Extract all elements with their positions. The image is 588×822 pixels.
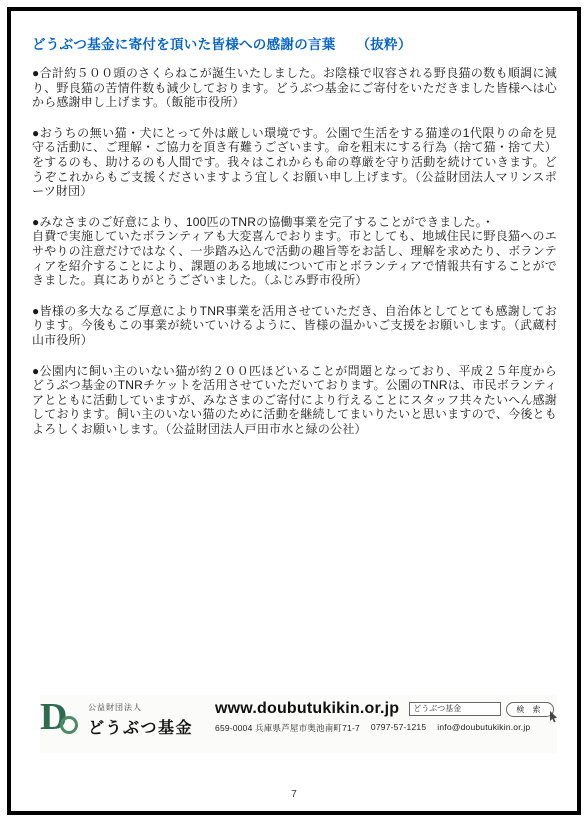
paragraph-toda: ●公園内に飼い主のいない猫が約２００匹ほどいることが問題となっており、平成２５年… [32, 364, 557, 437]
logo-ring-icon [60, 716, 78, 734]
paragraph-text: ●おうちの無い猫・犬にとって外は厳しい環境です。公園で生活をする猫達の1代限りの… [32, 126, 557, 198]
footer-address-row: 659-0004 兵庫県芦屋市奥池南町71-7 0797-57-1215 inf… [215, 722, 553, 734]
postal-address: 659-0004 兵庫県芦屋市奥池南町71-7 [215, 722, 360, 734]
paragraph-text: 自費で実施していたボランティアも大変喜んでおります。市としても、地域住民に野良猫… [32, 229, 557, 287]
paragraph-text: ●みなさまのご好意により、100匹のTNRの協働事業を完了することができました。… [32, 215, 494, 229]
mouse-cursor-icon [549, 711, 558, 723]
paragraph-musashimurayama: ●皆様の多大なるご厚意によりTNR事業を活用させていただき、自治体としてとても感… [32, 304, 557, 348]
paragraph-marine-sports: ●おうちの無い猫・犬にとって外は厳しい環境です。公園で生活をする猫達の1代限りの… [32, 126, 557, 199]
paragraph-text: ●合計約５００頭のさくらねこが誕生いたしました。お陰様で収容される野良猫の数も順… [32, 66, 557, 109]
paragraph-fujimino: ●みなさまのご好意により、100匹のTNRの協働事業を完了することができました。… [32, 215, 557, 288]
organization-footer: D 公益財団法人 どうぶつ基金 www.doubutukikin.or.jp ど… [40, 695, 557, 753]
footer-url-search-row: www.doubutukikin.or.jp どうぶつ基金 検 索 [215, 700, 553, 718]
website-url: www.doubutukikin.or.jp [215, 700, 399, 718]
paragraph-hanno: ●合計約５００頭のさくらねこが誕生いたしました。お陰様で収容される野良猫の数も順… [32, 66, 557, 110]
organization-name: どうぶつ基金 [88, 715, 193, 738]
organization-type: 公益財団法人 [88, 702, 193, 713]
search-button-label: 検 索 [516, 705, 543, 714]
footer-search-input[interactable]: どうぶつ基金 [409, 702, 501, 716]
document-page: どうぶつ基金に寄付を頂いた皆様への感謝の言葉 （抜粋） ●合計約５００頭のさくら… [7, 7, 581, 815]
phone-number: 0797-57-1215 [371, 722, 426, 734]
logo-mark-icon: D [40, 699, 82, 739]
footer-contact-block: www.doubutukikin.or.jp どうぶつ基金 検 索 659-00… [215, 695, 553, 734]
document-body: どうぶつ基金に寄付を頂いた皆様への感謝の言葉 （抜粋） ●合計約５００頭のさくら… [11, 11, 577, 436]
page-title: どうぶつ基金に寄付を頂いた皆様への感謝の言葉 （抜粋） [32, 37, 557, 53]
doubutsu-kikin-logo: D 公益財団法人 どうぶつ基金 [40, 695, 193, 739]
page-number: 7 [11, 789, 577, 800]
paragraph-text: ●皆様の多大なるご厚意によりTNR事業を活用させていただき、自治体としてとても感… [32, 304, 557, 347]
footer-search-button[interactable]: 検 索 [506, 702, 553, 717]
email-address: info@doubutukikin.or.jp [437, 722, 530, 734]
paragraph-text: ●公園内に飼い主のいない猫が約２００匹ほどいることが問題となっており、平成２５年… [32, 364, 557, 436]
organization-name-block: 公益財団法人 どうぶつ基金 [88, 699, 193, 738]
